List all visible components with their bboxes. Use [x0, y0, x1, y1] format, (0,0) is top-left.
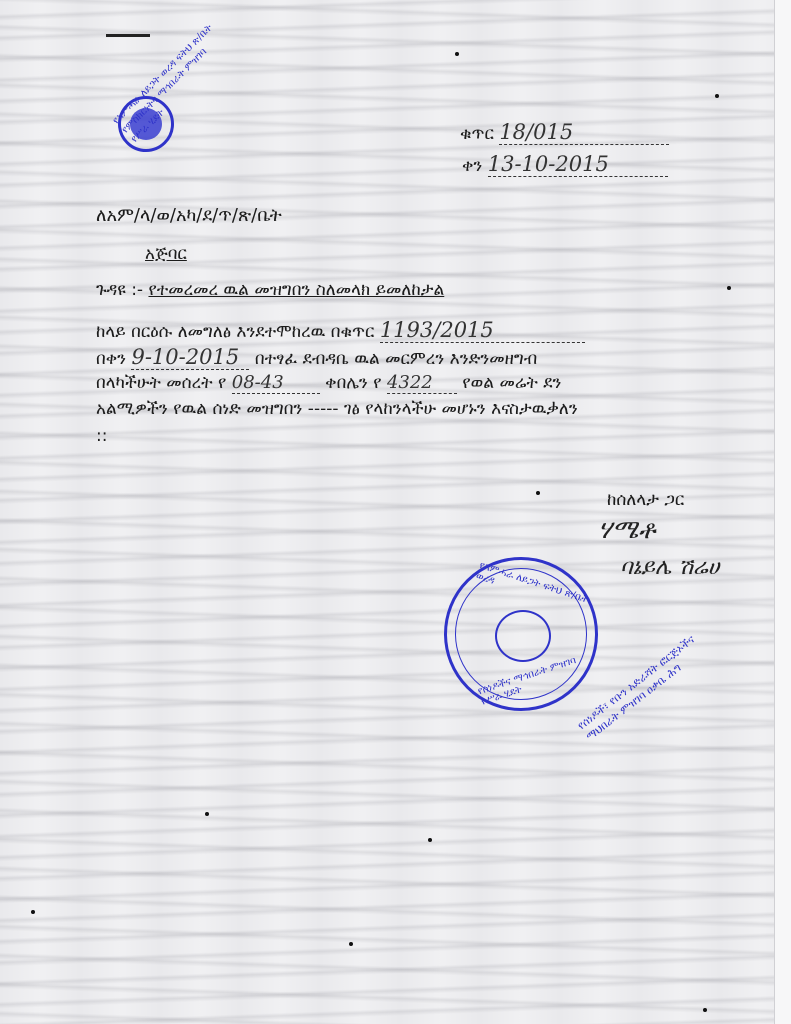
ref-value: 18/015: [499, 120, 669, 145]
body-line-4: አልሚዎችን የዉል ሰነድ መዝግበን ----- ገፅ የላከንላችሁ መሆ…: [96, 399, 578, 419]
speck: [428, 838, 432, 842]
top-dash-mark: [106, 34, 150, 37]
subject-label: ጉዳዩ :-: [96, 280, 143, 300]
recipient-line: ለአም/ላ/ወ/አካ/ደ/ጥ/ጽ/ቤት: [96, 205, 282, 226]
body-text: በተፃፈ ደብዳቤ ዉል መርምረን እንድንመዘግብ: [255, 349, 537, 369]
speck: [205, 812, 209, 816]
recipient-city: አጅባር: [145, 244, 187, 264]
body-text: በላካችሁት መሰረት የ: [96, 373, 226, 393]
body-line-2: በቀን 9-10-2015 በተፃፈ ደብዳቤ ዉል መርምረን እንድንመዘግ…: [96, 345, 537, 370]
body-text: በቀን: [96, 349, 126, 369]
official-round-stamp: የአምሓራ ለይጋት ፍትህ ጽ/ቤት ወረዳ የሰነዶችና ማኅበራት ምዝገ…: [444, 557, 598, 711]
reference-number: ቁጥር 18/015: [460, 120, 669, 145]
ref-label: ቁጥር: [460, 124, 494, 144]
cc-line: ከሰለላታ ጋር: [607, 490, 684, 510]
paper-edge: [774, 0, 791, 1024]
letter-date: ቀን 13-10-2015: [462, 152, 668, 177]
body-date-value: 9-10-2015: [131, 345, 249, 370]
body-text: ከላይ በርዕሱ ለመግለፅ እንደተሞከረዉ በቁጥር: [96, 322, 374, 342]
body-text: የወል መሬት ደን: [462, 373, 561, 393]
speck: [536, 491, 540, 495]
body-text: ቀበሌን የ: [325, 373, 381, 393]
body-line-1: ከላይ በርዕሱ ለመግለፅ እንደተሞከረዉ በቁጥር 1193/2015: [96, 318, 585, 343]
kebele-value: 08-43: [232, 372, 320, 394]
body-ref-value: 1193/2015: [380, 318, 585, 343]
speck: [349, 942, 353, 946]
date-value: 13-10-2015: [488, 152, 668, 177]
emblem-icon: [495, 610, 551, 662]
speck: [715, 94, 719, 98]
signature-mark: ሃሜቶ: [598, 515, 655, 546]
body-line-5: ::: [96, 426, 107, 446]
signature-name: ባኔይሌ ሽሬሀ: [620, 555, 719, 580]
date-label: ቀን: [462, 156, 482, 176]
speck: [31, 910, 35, 914]
subject-line: ጉዳዩ :- የተመረመረ ዉል መዝግበን ስለመላክ ይመለከታል: [96, 280, 444, 300]
land-value: 4322: [387, 372, 457, 394]
body-line-3: በላካችሁት መሰረት የ 08-43 ቀበሌን የ 4322 የወል መሬት …: [96, 372, 561, 394]
speck: [703, 1008, 707, 1012]
subject-text: የተመረመረ ዉል መዝግበን ስለመላክ ይመለከታል: [148, 280, 444, 300]
speck: [727, 286, 731, 290]
speck: [455, 52, 459, 56]
